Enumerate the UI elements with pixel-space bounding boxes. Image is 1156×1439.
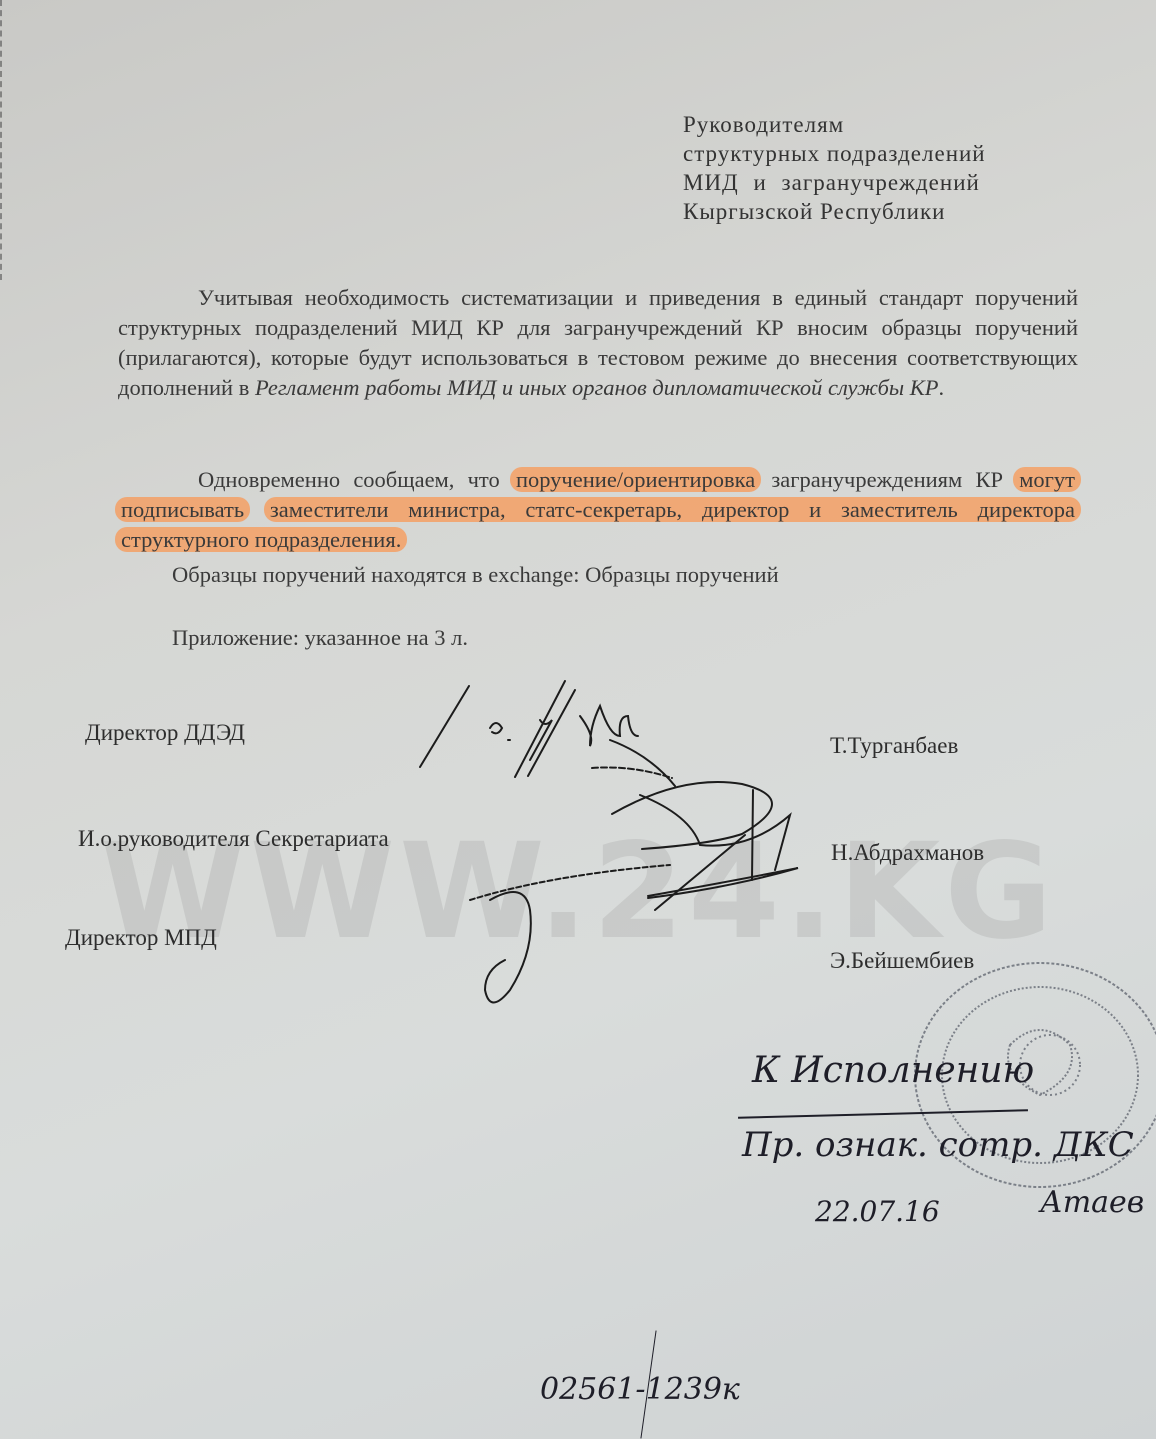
handwritten-resolution: К Исполнению	[752, 1050, 1034, 1091]
signature-beishembiev	[485, 892, 531, 1003]
registration-number: 02561-1239к	[540, 1372, 740, 1407]
signature-abdrakhmanov	[470, 782, 798, 910]
handwritten-date: 22.07.16	[815, 1195, 940, 1228]
handwritten-signature: Атаев	[1040, 1185, 1144, 1220]
signature-turganbaev	[0, 0, 1156, 1439]
handwritten-instruction: Пр. ознак. сотр. ДКС	[742, 1125, 1134, 1165]
